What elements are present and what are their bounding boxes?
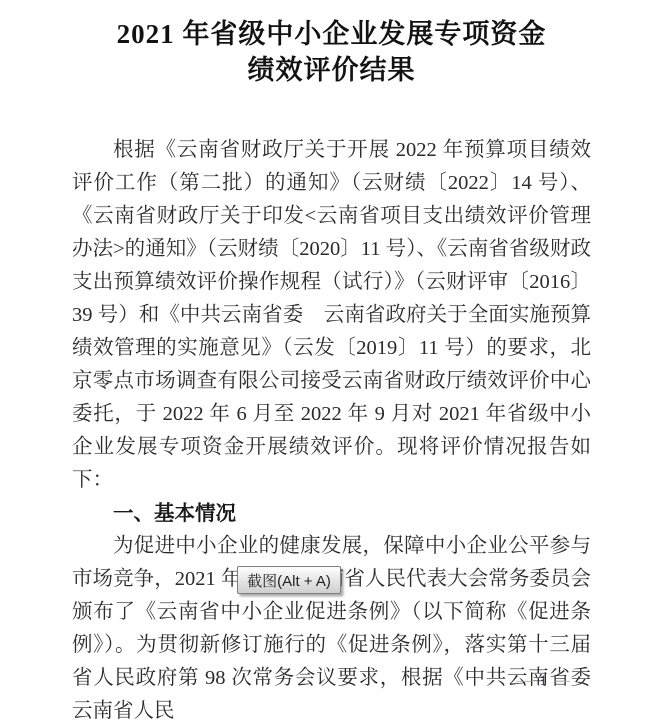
section-heading-basic-situation: 一、基本情况 <box>72 497 591 530</box>
document-page: 2021 年省级中小企业发展专项资金 绩效评价结果 根据《云南省财政厅关于开展 … <box>0 0 648 724</box>
screenshot-tooltip: 截图(Alt + A) <box>237 566 341 594</box>
intro-paragraph: 根据《云南省财政厅关于开展 2022 年预算项目绩效评价工作（第二批）的通知》（… <box>72 134 591 497</box>
page-footer: —1— <box>517 673 573 690</box>
footer-dash-left: — <box>517 673 534 689</box>
document-content: 2021 年省级中小企业发展专项资金 绩效评价结果 根据《云南省财政厅关于开展 … <box>72 16 591 724</box>
document-title-line-2: 绩效评价结果 <box>72 52 591 88</box>
screenshot-tooltip-label: 截图(Alt + A) <box>247 570 331 591</box>
document-title-line-1: 2021 年省级中小企业发展专项资金 <box>72 16 591 52</box>
body-paragraph: 为促进中小企业的健康发展，保障中小企业公平参与市场竞争，2021 年 7 月，云… <box>72 530 591 724</box>
footer-page-number: 1 <box>534 673 556 689</box>
footer-dash-right: — <box>555 673 572 689</box>
document-title: 2021 年省级中小企业发展专项资金 绩效评价结果 <box>72 16 591 88</box>
